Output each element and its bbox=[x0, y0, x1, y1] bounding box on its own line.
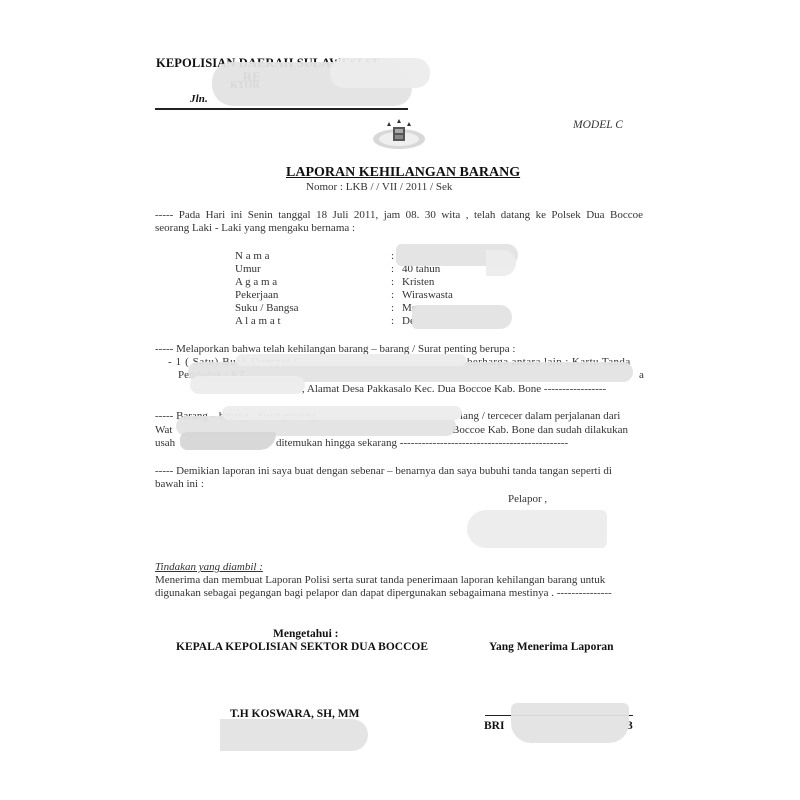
redaction-nama-tail bbox=[486, 250, 516, 276]
police-emblem-icon bbox=[371, 117, 427, 151]
action-heading: Tindakan yang diambil : bbox=[155, 561, 263, 573]
intro-line-1: ----- Pada Hari ini Senin tanggal 18 Jul… bbox=[155, 209, 643, 222]
field-sep: : bbox=[391, 315, 394, 327]
redaction-circumstance-3 bbox=[180, 432, 276, 450]
right-signatory-name-start: BRI bbox=[484, 720, 504, 732]
field-sep: : bbox=[391, 276, 394, 288]
action-line-1: Menerima dan membuat Laporan Polisi sert… bbox=[155, 574, 605, 587]
pelapor-label: Pelapor , bbox=[508, 493, 547, 506]
header-rule bbox=[155, 108, 408, 110]
field-label-umur: Umur bbox=[235, 263, 261, 275]
field-value-pekerjaan: Wiraswasta bbox=[402, 289, 453, 301]
field-label-alamat: A l a m a t bbox=[235, 315, 281, 327]
redaction-right-name bbox=[511, 703, 629, 743]
redaction-suku-alamat bbox=[412, 305, 512, 329]
document-number: Nomor : LKB / / VII / 2011 / Sek bbox=[306, 181, 452, 193]
field-sep: : bbox=[391, 302, 394, 314]
field-sep: : bbox=[391, 263, 394, 275]
redaction-report-2 bbox=[190, 376, 305, 394]
redaction-left-name bbox=[220, 719, 368, 751]
circumstance-line-1-end: lang / tercecer dalam perjalanan dari bbox=[460, 410, 620, 423]
redaction-circumstance-2 bbox=[222, 406, 462, 420]
circumstance-line-3-end: ditemukan hingga sekarang --------------… bbox=[276, 437, 568, 450]
action-line-2: digunakan sebagai pegangan bagi pelapor … bbox=[155, 587, 612, 600]
model-label: MODEL C bbox=[573, 119, 623, 131]
field-label-nama: N a m a bbox=[235, 250, 270, 262]
redaction-pelapor-signature bbox=[467, 510, 607, 548]
redaction-report-3 bbox=[236, 354, 466, 366]
report-item-line-2-end: a bbox=[639, 369, 644, 382]
intro-line-2: seorang Laki - Laki yang mengaku bernama… bbox=[155, 222, 355, 235]
circumstance-line-2-start: Wat bbox=[155, 424, 172, 437]
field-sep: : bbox=[391, 250, 394, 262]
field-sep: : bbox=[391, 289, 394, 301]
circumstance-line-3-start: usah bbox=[155, 437, 175, 450]
field-value-agama: Kristen bbox=[402, 276, 434, 288]
acknowledged-label: Mengetahui : bbox=[273, 628, 338, 640]
closing-line-2: bawah ini : bbox=[155, 478, 204, 491]
circumstance-line-2-end: Boccoe Kab. Bone dan sudah dilakukan bbox=[452, 424, 628, 437]
field-label-suku: Suku / Bangsa bbox=[235, 302, 299, 314]
field-label-agama: A g a m a bbox=[235, 276, 277, 288]
header-address: Jln. bbox=[190, 93, 208, 105]
redaction-header-2 bbox=[330, 58, 430, 88]
left-signatory-title: KEPALA KEPOLISIAN SEKTOR DUA BOCCOE bbox=[176, 641, 428, 653]
field-label-pekerjaan: Pekerjaan bbox=[235, 289, 278, 301]
closing-line-1: ----- Demikian laporan ini saya buat den… bbox=[155, 465, 612, 478]
report-item-line-3: , Alamat Desa Pakkasalo Kec. Dua Boccoe … bbox=[302, 383, 606, 396]
document-title: LAPORAN KEHILANGAN BARANG bbox=[286, 165, 520, 181]
right-signatory-title: Yang Menerima Laporan bbox=[489, 641, 614, 653]
